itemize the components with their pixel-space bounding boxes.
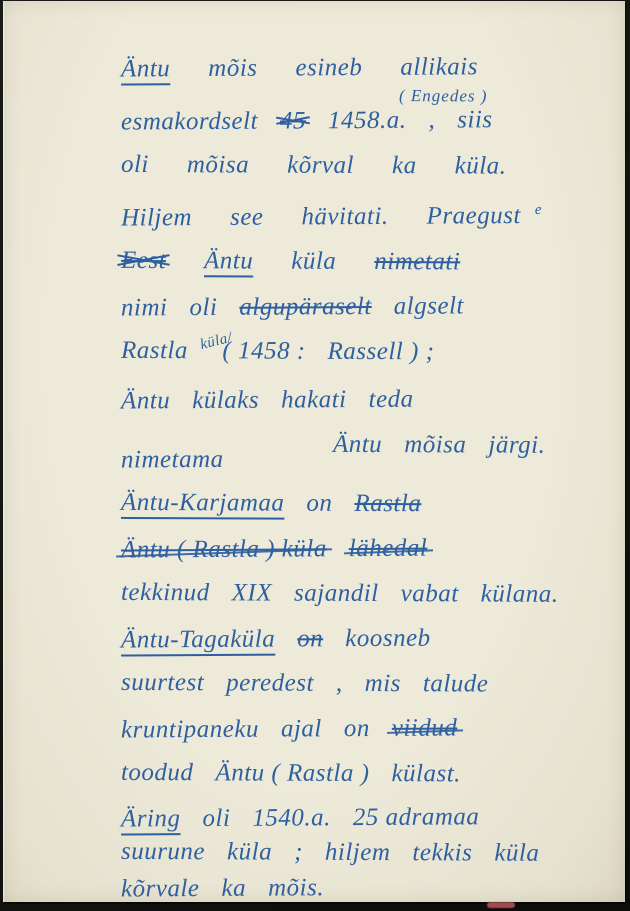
manuscript-word: toodud xyxy=(121,759,194,786)
manuscript-line: tekkinudXIXsajandilvabatkülana. xyxy=(121,578,615,610)
manuscript-word: on xyxy=(344,715,370,742)
underlined-word: Äntu-Tagaküla xyxy=(121,626,275,654)
manuscript-word: 1540.a. xyxy=(252,805,331,832)
manuscript-word: Rastla xyxy=(121,337,188,364)
manuscript-word: küla. xyxy=(455,152,507,179)
manuscript-line: kruntipanekuajalonviidud xyxy=(121,713,615,746)
manuscript-word: teda xyxy=(369,386,414,413)
manuscript-line: nimetama xyxy=(121,443,615,476)
manuscript-word: mõis xyxy=(208,55,257,82)
manuscript-word: oli xyxy=(189,294,217,321)
manuscript-word: külast. xyxy=(391,760,461,787)
manuscript-word: ka xyxy=(221,875,246,902)
manuscript-word: algselt xyxy=(394,293,464,320)
manuscript-word: 1458.a. xyxy=(328,107,407,134)
manuscript-word: külana. xyxy=(481,581,559,608)
manuscript-line: nimiolialgupäraseltalgselt xyxy=(121,291,615,324)
manuscript-word: oli xyxy=(202,805,230,832)
manuscript-word: küla xyxy=(227,839,272,866)
manuscript-word: on xyxy=(306,490,332,517)
manuscript-line: Äntu-Tagakülaonkoosneb xyxy=(121,623,615,656)
red-edge-mark xyxy=(487,902,515,908)
manuscript-text: Äntumõisesineballikais( Engedes )esmakor… xyxy=(121,53,615,909)
underlined-word: Äntu-Karjamaa xyxy=(121,489,285,517)
manuscript-word: Äntu xyxy=(121,388,170,415)
manuscript-word: nimetama xyxy=(121,446,224,474)
manuscript-word: talude xyxy=(423,671,489,698)
manuscript-line: ( Engedes ) xyxy=(121,85,615,107)
manuscript-word: Rassell ) ; xyxy=(328,338,435,365)
manuscript-word: oli xyxy=(121,151,149,178)
manuscript-line: Äntu ( Rastla ) külalähedal xyxy=(121,533,615,566)
manuscript-line: esmakordselt451458.a.,siis xyxy=(121,104,615,137)
struck-word: Eest xyxy=(121,247,166,274)
manuscript-line: EestÄntukülanimetati xyxy=(121,246,615,278)
manuscript-word: mis xyxy=(365,670,401,697)
manuscript-word: , xyxy=(336,670,343,697)
underlined-word: Äntu xyxy=(121,55,170,82)
manuscript-word: 25 adramaa xyxy=(353,804,480,832)
scanned-page: Äntumõisesineballikais( Engedes )esmakor… xyxy=(0,0,630,911)
manuscript-word: küla xyxy=(291,248,336,275)
manuscript-word: kõrval xyxy=(287,152,354,179)
manuscript-line: suurtestperedest,mistalude xyxy=(121,668,615,700)
struck-word: lähedal xyxy=(349,535,428,562)
manuscript-word: hävitati. xyxy=(301,203,388,231)
manuscript-word: ; xyxy=(294,839,303,866)
struck-word: nimetati xyxy=(374,248,460,275)
manuscript-word: ka xyxy=(392,152,417,179)
manuscript-word: külaks xyxy=(192,387,259,414)
manuscript-word: see xyxy=(230,204,264,231)
manuscript-word: mõisa xyxy=(187,151,249,178)
underlined-word: Äntu xyxy=(204,248,253,275)
manuscript-word: hakati xyxy=(281,386,347,413)
manuscript-line: Äntukülakshakatiteda xyxy=(121,384,615,417)
manuscript-line: Äntu-KarjamaaonRastla xyxy=(121,488,615,520)
manuscript-word: , xyxy=(428,107,435,134)
manuscript-word: esmakordselt xyxy=(121,108,258,136)
manuscript-word: küla xyxy=(494,840,539,867)
struck-word: Rastla xyxy=(354,490,421,517)
manuscript-word: suurune xyxy=(121,838,205,865)
manuscript-line: suuruneküla;hiljemtekkisküla xyxy=(121,838,615,868)
manuscript-word: ajal xyxy=(281,716,322,743)
manuscript-word: Hiljem xyxy=(121,204,192,231)
manuscript-line: toodudÄntu ( Rastla )külast. xyxy=(121,758,615,790)
struck-word: on xyxy=(297,626,323,653)
manuscript-line: Äringoli1540.a.25 adramaa xyxy=(121,803,615,834)
manuscript-word: kõrvale xyxy=(121,875,200,902)
struck-word: Äntu ( Rastla ) küla xyxy=(121,536,327,564)
manuscript-word: nimi xyxy=(121,295,168,322)
manuscript-paper: Äntumõisesineballikais( Engedes )esmakor… xyxy=(3,1,625,902)
manuscript-word: mõis. xyxy=(268,875,324,902)
manuscript-word: hiljem xyxy=(325,839,391,866)
struck-word: 45 xyxy=(280,107,306,134)
manuscript-line: Äntumõisesineballikais xyxy=(121,51,615,84)
paper-edge-highlight xyxy=(3,1,5,902)
manuscript-word: tekkis xyxy=(412,840,472,867)
manuscript-word: tekkinud xyxy=(121,579,210,606)
manuscript-word: allikais xyxy=(400,53,478,80)
manuscript-word: koosneb xyxy=(345,625,431,653)
struck-word: algupäraselt xyxy=(239,293,372,321)
manuscript-word: ( Engedes ) xyxy=(399,86,488,105)
manuscript-word: vabat xyxy=(401,580,459,607)
manuscript-word: Äntu ( Rastla ) xyxy=(215,760,369,788)
manuscript-word: esineb xyxy=(295,54,362,81)
struck-word: viidud xyxy=(392,715,458,742)
manuscript-word: XIX xyxy=(232,580,272,607)
inserted-word: e xyxy=(535,202,542,218)
manuscript-line: olimõisakõrvalkaküla. xyxy=(121,150,615,182)
manuscript-word: peredest xyxy=(226,670,314,697)
underlined-word: Äring xyxy=(121,805,181,832)
manuscript-word: siis xyxy=(457,106,493,133)
manuscript-word: sajandil xyxy=(294,580,379,607)
manuscript-line: Rastlaküla/( 1458 :Rassell ) ; xyxy=(121,336,615,371)
manuscript-word: suurtest xyxy=(121,669,204,696)
manuscript-line: kõrvalekamõis. xyxy=(121,873,615,904)
manuscript-word: Praegust xyxy=(427,202,521,230)
manuscript-word: kruntipaneku xyxy=(121,716,259,744)
manuscript-line: Hiljemseehävitati.Praeguste xyxy=(121,194,615,233)
